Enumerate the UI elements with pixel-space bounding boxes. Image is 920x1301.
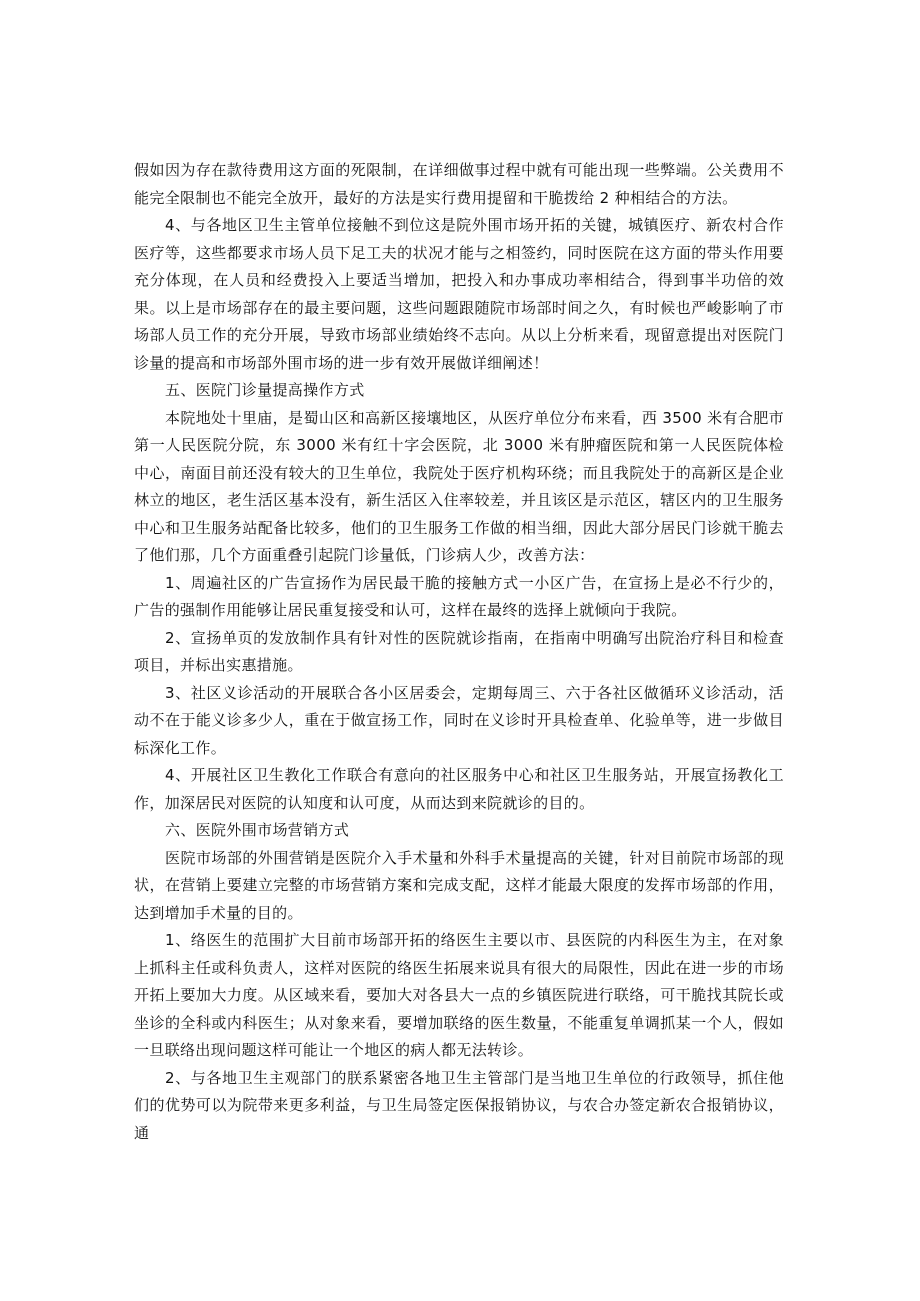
section-heading-6: 六、医院外围市场营销方式 [134,817,784,845]
paragraph-marketing-2-health-departments: 2、与各地卫生主观部门的朕系紧密各地卫生主管部门是当地卫生单位的行政领导，抓住他… [134,1065,784,1148]
paragraph-marketing-1-doctor-network: 1、络医生的范围扩大目前市场部开拓的络医生主要以市、县医院的内科医生为主，在对象… [134,927,784,1065]
paragraph-hospital-location: 本院地处十里庙，是蜀山区和高新区接壤地区，从医疗单位分布来看，西 3500 米有… [134,405,784,570]
paragraph-external-marketing-intro: 医院市场部的外围营销是医院介入手术量和外科手术量提高的关键，针对目前院市场部的现… [134,845,784,928]
paragraph-method-2-flyers: 2、宣扬单页的发放制作具有针对性的医院就诊指南，在指南中明确写出院治疗科目和检查… [134,625,784,680]
paragraph-method-3-free-clinics: 3、社区义诊活动的开展联合各小区居委会，定期每周三、六于各社区做循环义诊活动，活… [134,680,784,763]
paragraph-method-4-health-education: 4、开展社区卫生教化工作联合有意向的社区服务中心和社区卫生服务站，开展宣扬教化工… [134,762,784,817]
document-page: 假如因为存在款待费用这方面的死限制，在详细做事过程中就有可能出现一些弊端。公关费… [134,157,784,1147]
paragraph-method-1-advertising: 1、周遍社区的广告宣扬作为居民最干脆的接触方式一小区广告，在宣扬上是必不行少的，… [134,570,784,625]
section-heading-5: 五、医院门诊量提高操作方式 [134,377,784,405]
paragraph-item-4-health-authorities: 4、与各地区卫生主管单位接触不到位这是院外围市场开拓的关键，城镇医疗、新农村合作… [134,212,784,377]
paragraph-public-relations-costs: 假如因为存在款待费用这方面的死限制，在详细做事过程中就有可能出现一些弊端。公关费… [134,157,784,212]
